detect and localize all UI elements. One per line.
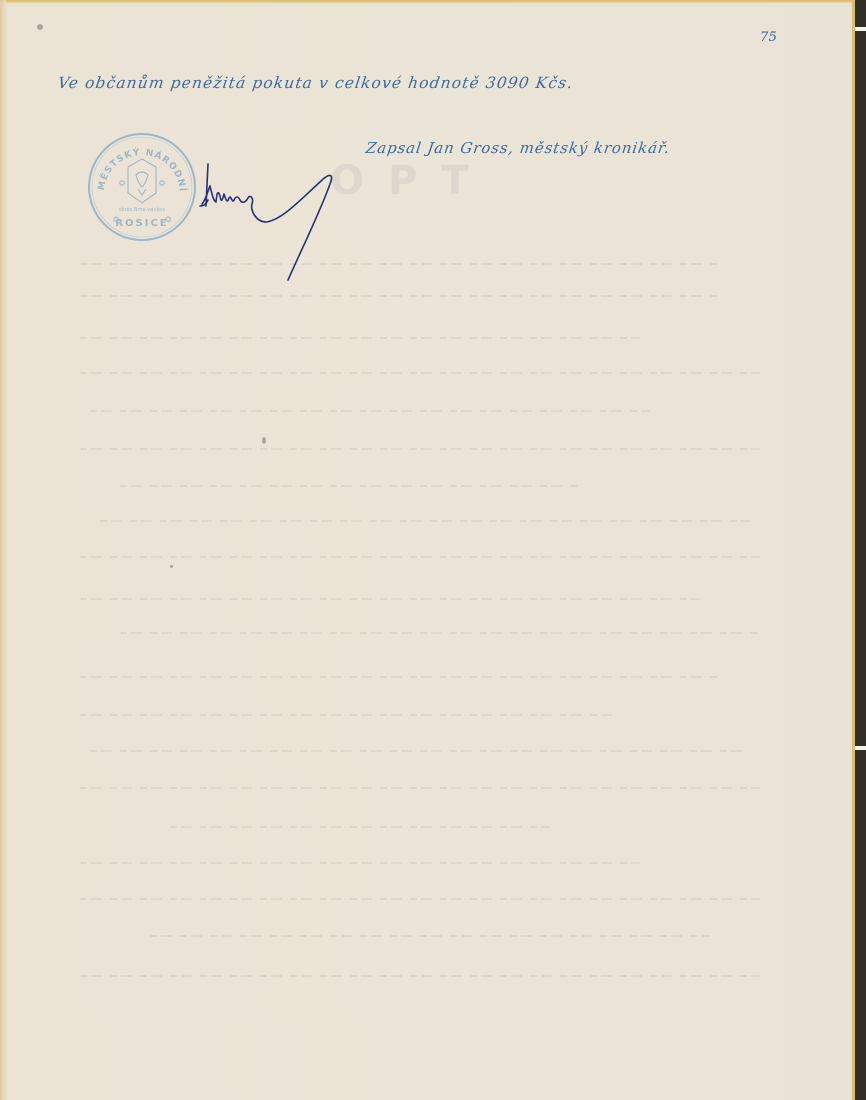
- book-spine: [855, 0, 866, 1100]
- ghost-stamp-mark: OPT: [330, 158, 493, 204]
- paper-speck: [37, 24, 43, 30]
- paper-speck: [170, 565, 173, 568]
- spine-marker: [855, 27, 866, 31]
- recorded-by-line: Zapsal Jan Gross, městský kronikář.: [365, 139, 672, 157]
- paper-speck: [262, 437, 266, 444]
- spine-marker: [855, 746, 866, 750]
- document-page: OPT 75 Ve občanům peněžitá pokuta v celk…: [0, 0, 855, 1100]
- official-stamp: MĚSTSKÝ NÁRODNÍ VÝBOR okres Brno-venkov …: [86, 131, 198, 243]
- fine-note-line: Ve občanům peněžitá pokuta v celkové hod…: [57, 74, 575, 92]
- svg-text:✡: ✡: [112, 215, 120, 226]
- page-number: 75: [760, 30, 777, 45]
- stamp-small-text: okres Brno-venkov: [119, 207, 166, 213]
- stamp-bottom-text: ROSICE: [115, 218, 168, 229]
- signature: [196, 160, 346, 285]
- svg-text:✡: ✡: [164, 215, 172, 226]
- state-coat-of-arms-icon: [120, 159, 164, 203]
